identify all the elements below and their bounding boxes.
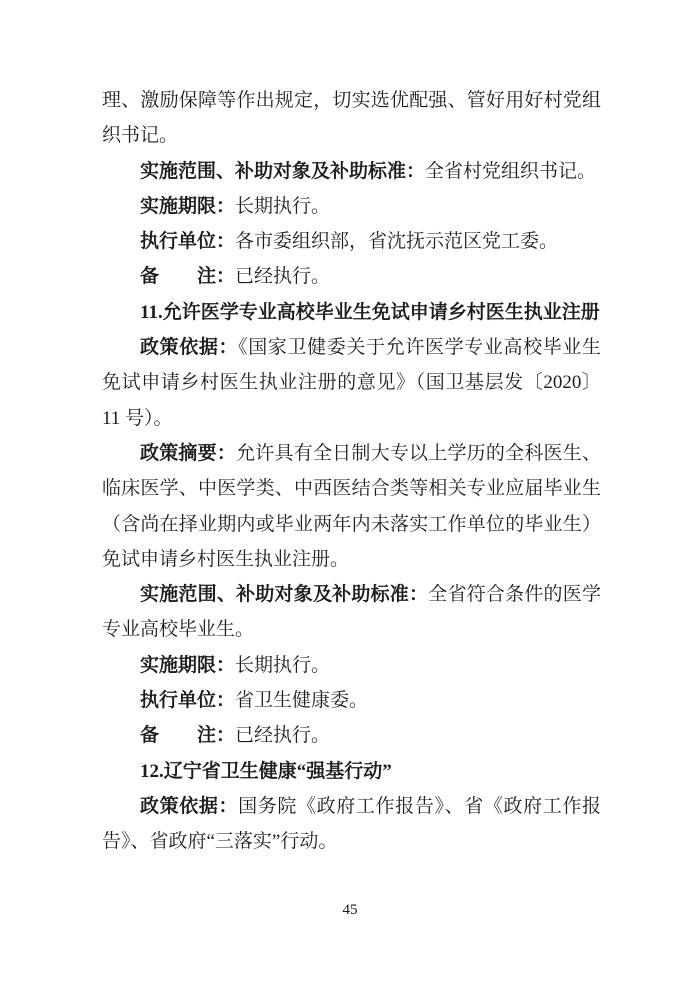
field-value: 已经执行。 [235, 266, 330, 287]
field-value: 长期执行。 [235, 196, 330, 217]
field-policy-basis: 政策依据：国务院《政府工作报告》、省《政府工作报告》、省政府“三落实”行动。 [102, 789, 601, 860]
field-value: 全省村党组织书记。 [425, 161, 596, 182]
field-value: 已经执行。 [235, 725, 330, 746]
field-value: 长期执行。 [235, 655, 330, 676]
page-footer: 45 [0, 901, 700, 919]
field-implementation-period: 实施期限：长期执行。 [102, 648, 601, 683]
field-label: 执行单位： [140, 690, 235, 711]
field-label: 备 注： [140, 725, 235, 746]
field-label: 实施范围、补助对象及补助标准： [140, 161, 425, 182]
field-value: 省卫生健康委。 [235, 690, 368, 711]
field-label: 政策摘要： [140, 443, 236, 464]
section-heading-text: 11.允许医学专业高校毕业生免试申请乡村医生执业注册 [140, 302, 600, 323]
paragraph-text: 理、激励保障等作出规定，切实选优配强、管好用好村党组织书记。 [102, 90, 601, 146]
field-value: 各市委组织部，省沈抚示范区党工委。 [235, 231, 558, 252]
field-label: 实施范围、补助对象及补助标准： [140, 584, 428, 605]
field-scope-targets-standard: 实施范围、补助对象及补助标准：全省符合条件的医学专业高校毕业生。 [102, 577, 601, 648]
page-number: 45 [343, 902, 358, 918]
field-remarks: 备 注：已经执行。 [102, 718, 601, 753]
document-page: 理、激励保障等作出规定，切实选优配强、管好用好村党组织书记。 实施范围、补助对象… [0, 0, 700, 990]
paragraph-continuation: 理、激励保障等作出规定，切实选优配强、管好用好村党组织书记。 [102, 83, 601, 154]
field-label: 政策依据： [140, 337, 238, 358]
section-heading-text: 12.辽宁省卫生健康“强基行动” [140, 761, 392, 782]
field-implementation-period: 实施期限：长期执行。 [102, 189, 601, 224]
field-label: 政策依据： [140, 796, 238, 817]
field-label: 实施期限： [140, 655, 235, 676]
field-label: 备 注： [140, 266, 235, 287]
field-executing-unit: 执行单位：各市委组织部，省沈抚示范区党工委。 [102, 224, 601, 259]
field-label: 实施期限： [140, 196, 235, 217]
field-policy-summary: 政策摘要：允许具有全日制大专以上学历的全科医生、临床医学、中医学类、中西医结合类… [102, 436, 601, 577]
section-heading-12: 12.辽宁省卫生健康“强基行动” [102, 754, 601, 789]
section-heading-11: 11.允许医学专业高校毕业生免试申请乡村医生执业注册 [102, 295, 601, 330]
field-remarks: 备 注：已经执行。 [102, 259, 601, 294]
field-scope-targets-standard: 实施范围、补助对象及补助标准：全省村党组织书记。 [102, 154, 601, 189]
field-executing-unit: 执行单位：省卫生健康委。 [102, 683, 601, 718]
field-policy-basis: 政策依据：《国家卫健委关于允许医学专业高校毕业生免试申请乡村医生执业注册的意见》… [102, 330, 601, 436]
field-label: 执行单位： [140, 231, 235, 252]
document-body: 理、激励保障等作出规定，切实选优配强、管好用好村党组织书记。 实施范围、补助对象… [102, 83, 601, 860]
